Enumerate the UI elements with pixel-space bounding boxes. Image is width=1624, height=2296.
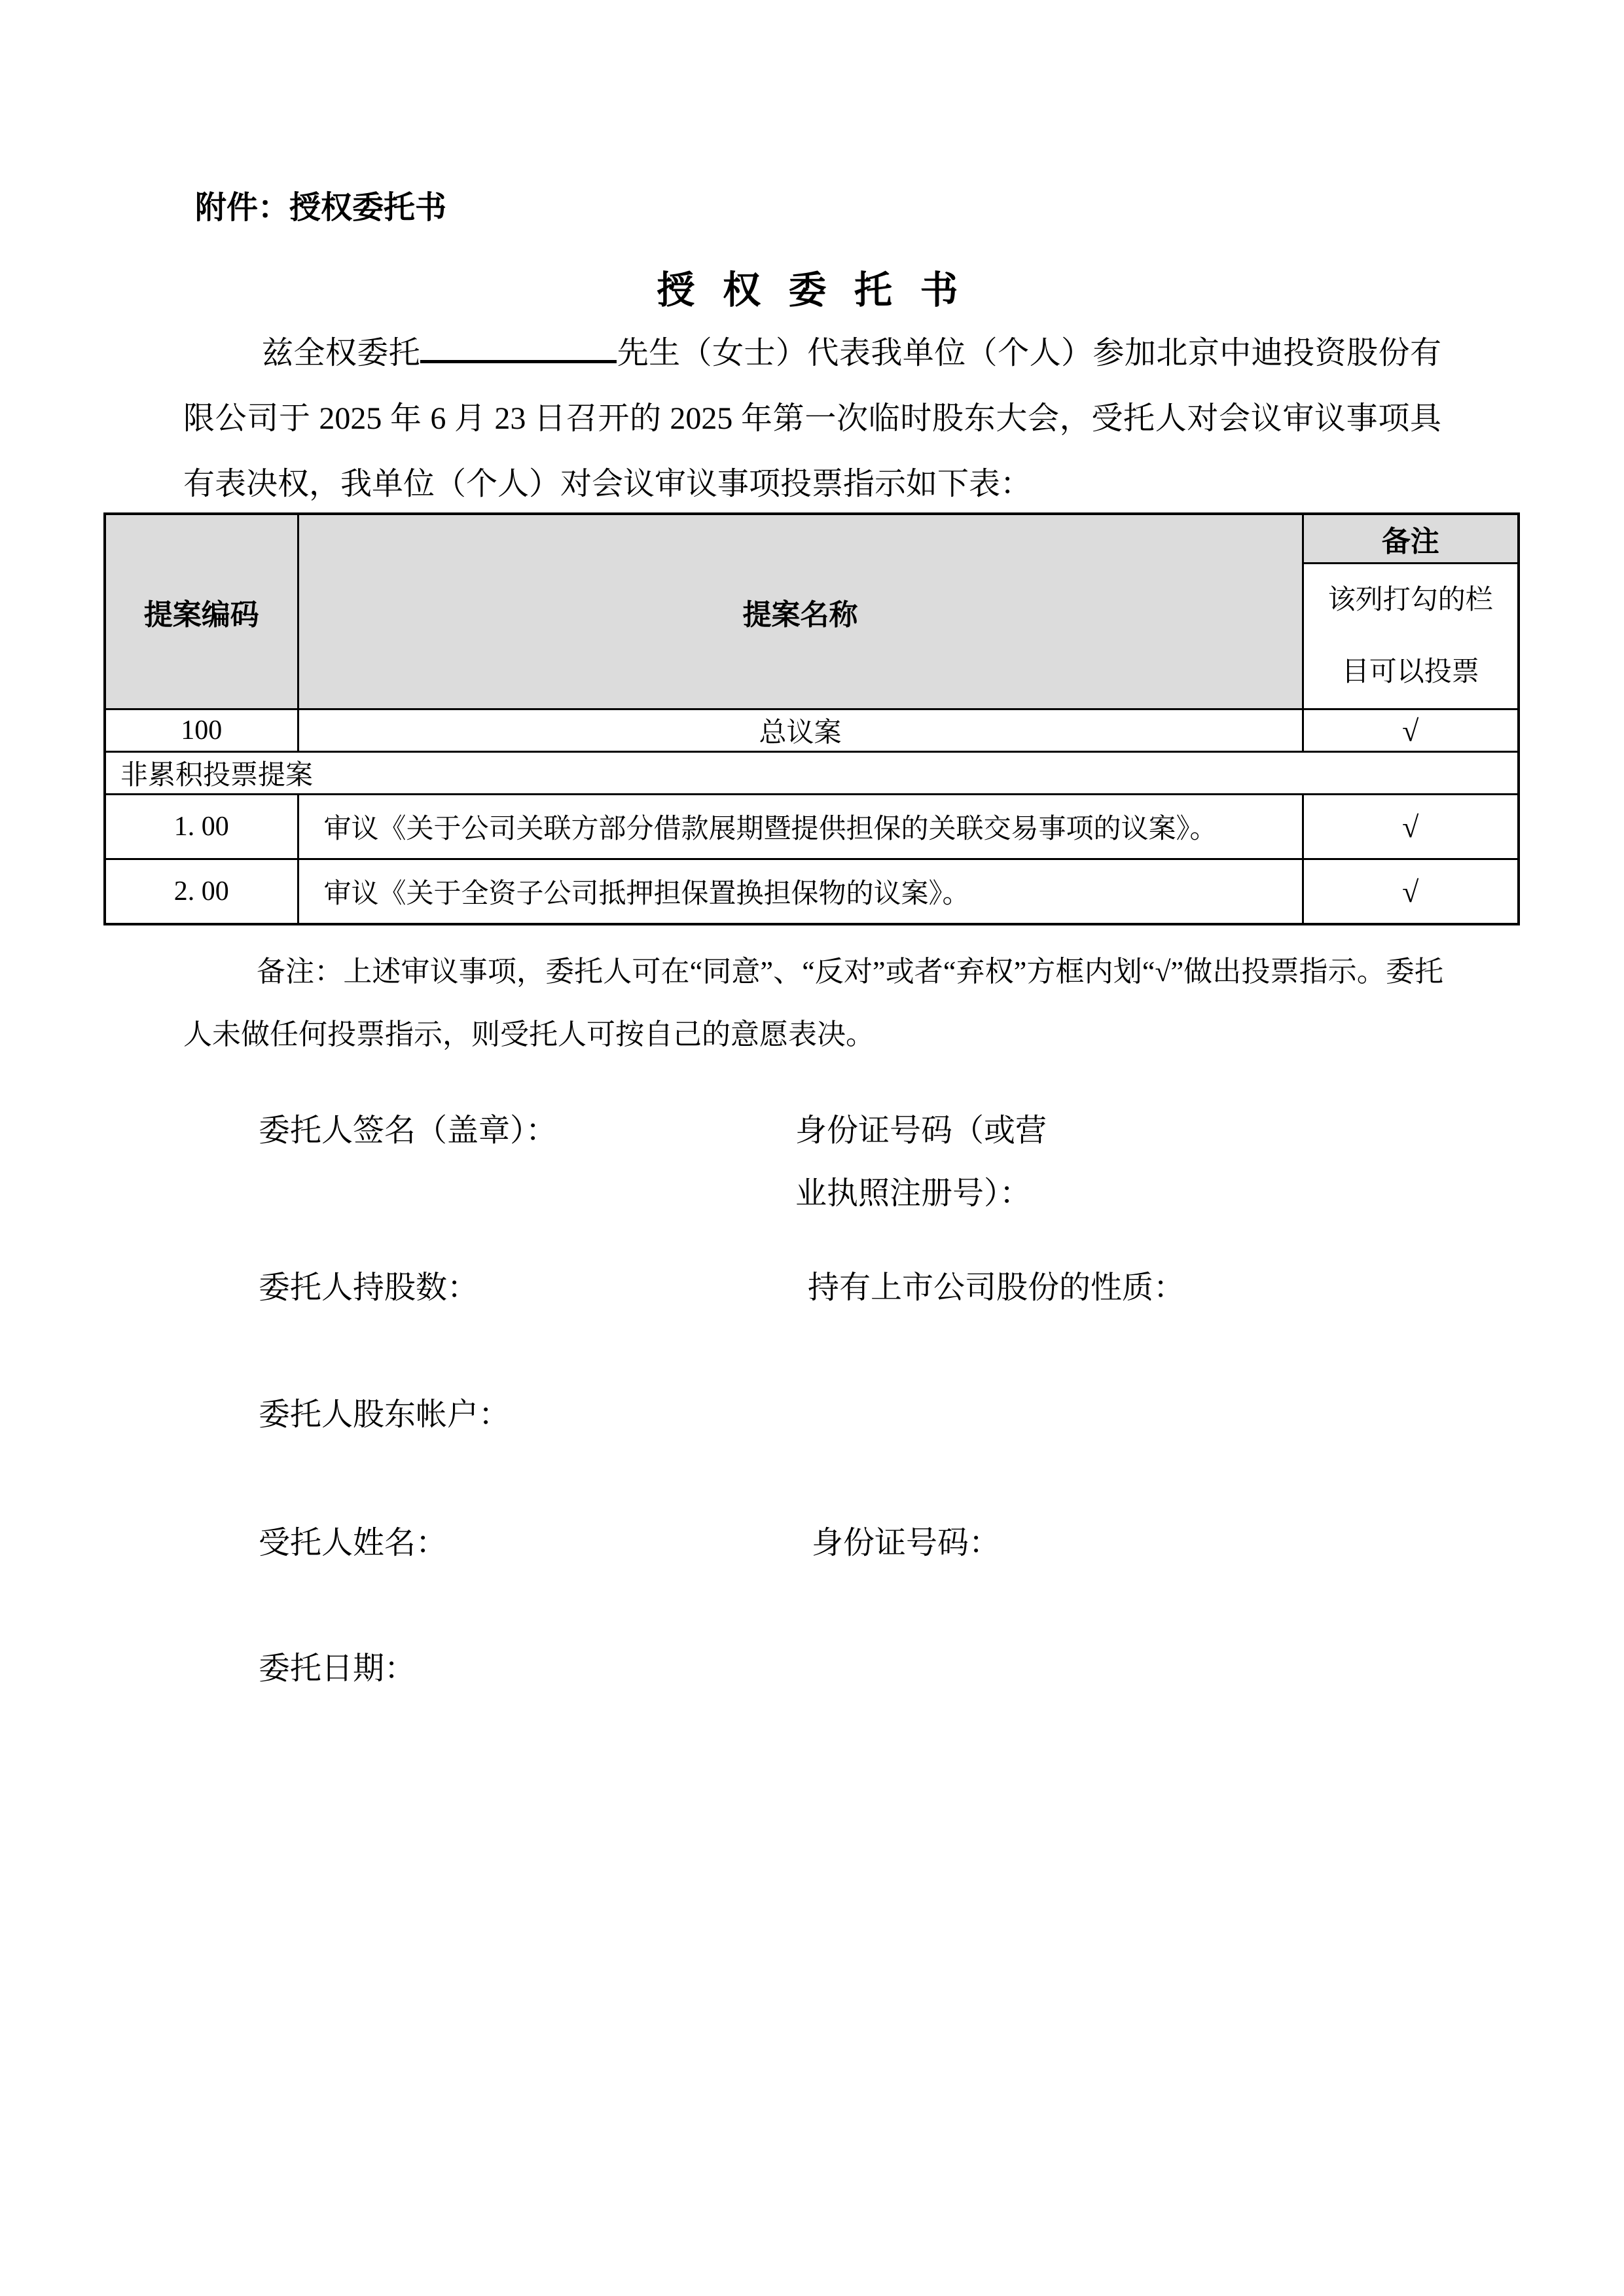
proposal-checkmark: √ (1303, 795, 1519, 859)
proposal-name-cell: 审议《关于全资子公司抵押担保置换担保物的议案》。 (298, 859, 1303, 925)
table-row-section: 非累积投票提案 (105, 752, 1519, 795)
proposal-checkmark: √ (1303, 859, 1519, 925)
proposal-code-cell: 1. 00 (105, 795, 298, 859)
intro-paragraph: 兹全权委托先生（女士）代表我单位（个人）参加北京中迪投资股份有限公司于 2025… (183, 321, 1441, 517)
header-remark-note-line2: 目可以投票 (1304, 636, 1518, 708)
intro-lead-text: 兹全权委托 (262, 336, 420, 370)
proposal-name-cell: 审议《关于公司关联方部分借款展期暨提供担保的关联交易事项的议案》。 (298, 795, 1303, 859)
remark-paragraph: 备注：上述审议事项，委托人可在“同意”、“反对”或者“弃权”方框内划“√”做出投… (183, 941, 1443, 1066)
proxy-name-blank (420, 355, 617, 363)
trustee-id-label: 身份证号码： (812, 1517, 1000, 1562)
general-row-checkmark: √ (1303, 709, 1519, 752)
attachment-heading: 附件：授权委托书 (195, 182, 446, 227)
principal-id-label-line1: 身份证号码（或营 (795, 1105, 1047, 1150)
table-header-row-top: 提案编码 提案名称 备注 (105, 514, 1519, 564)
header-proposal-name: 提案名称 (298, 514, 1303, 709)
table-row: 1. 00 审议《关于公司关联方部分借款展期暨提供担保的关联交易事项的议案》。 … (105, 795, 1519, 859)
header-remark-note: 该列打勾的栏 目可以投票 (1303, 564, 1519, 709)
table-row-general: 100 总议案 √ (105, 709, 1519, 752)
trustee-name-label: 受托人姓名： (259, 1517, 447, 1562)
header-remark: 备注 (1303, 514, 1519, 564)
share-nature-label: 持有上市公司股份的性质： (808, 1262, 1185, 1307)
proposal-code-cell: 2. 00 (105, 859, 298, 925)
principal-account-label: 委托人股东帐户： (259, 1389, 510, 1434)
header-remark-note-line1: 该列打勾的栏 (1304, 564, 1518, 636)
principal-id-label-line2: 业执照注册号）： (795, 1168, 1031, 1213)
section-label: 非累积投票提案 (105, 752, 1519, 795)
principal-signature-label: 委托人签名（盖章）： (259, 1105, 557, 1150)
general-row-code: 100 (105, 709, 298, 752)
general-row-name: 总议案 (298, 709, 1303, 752)
proxy-document-page: 附件：授权委托书 授 权 委 托 书 兹全权委托先生（女士）代表我单位（个人）参… (0, 0, 1624, 2296)
header-proposal-code: 提案编码 (105, 514, 298, 709)
principal-shares-label: 委托人持股数： (259, 1262, 478, 1307)
table-row: 2. 00 审议《关于全资子公司抵押担保置换担保物的议案》。 √ (105, 859, 1519, 925)
proposals-table: 提案编码 提案名称 备注 该列打勾的栏 目可以投票 100 总议案 √ 非累积投… (103, 512, 1520, 925)
document-title: 授 权 委 托 书 (0, 259, 1624, 314)
date-label: 委托日期： (259, 1643, 416, 1688)
